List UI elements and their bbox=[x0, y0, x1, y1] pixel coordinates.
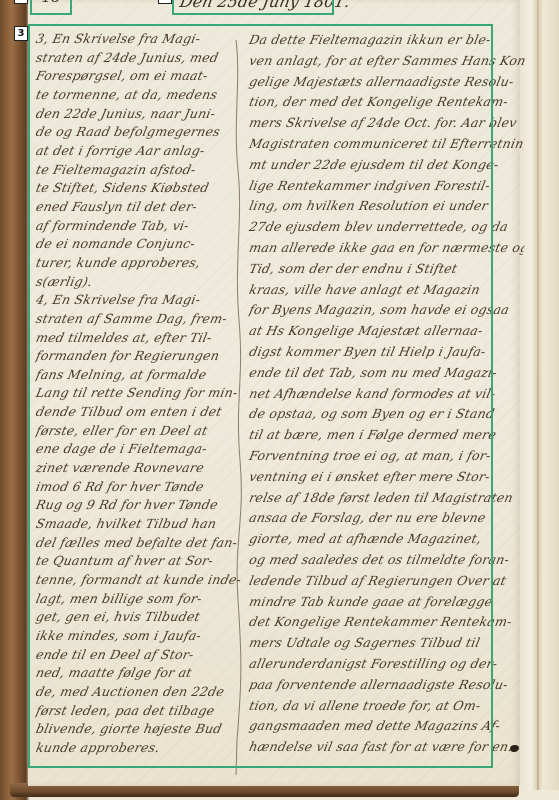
page-edge bbox=[520, 0, 559, 790]
annotation-box-date bbox=[172, 0, 334, 15]
annotation-box-body bbox=[28, 24, 493, 768]
annotation-label-body: 3 bbox=[14, 26, 28, 41]
annotation-box-page-number bbox=[30, 0, 72, 15]
annotation-label-date bbox=[158, 0, 172, 4]
annotation-label-page-number bbox=[14, 0, 28, 4]
